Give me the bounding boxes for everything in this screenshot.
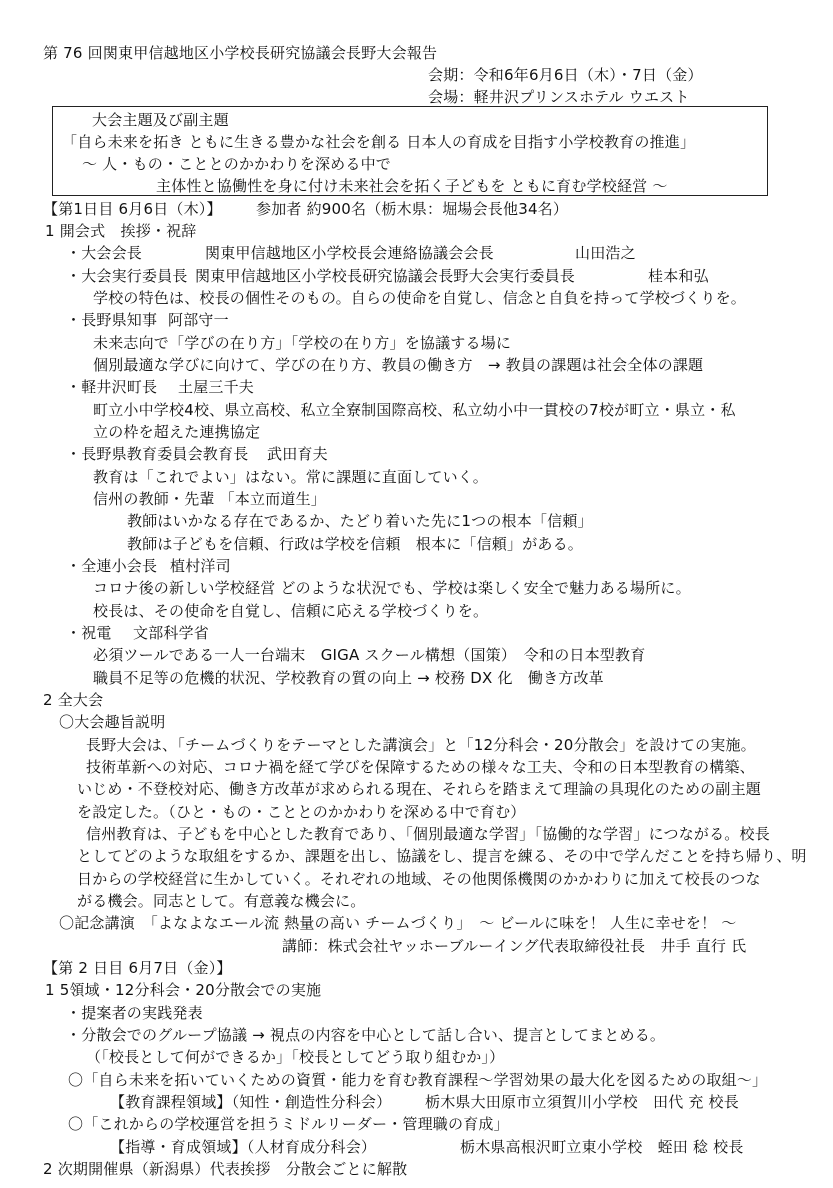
presenter: 栃木県大田原市立須賀川小学校 田代 充 校長 <box>425 1093 739 1111</box>
speaker-role: ・大会会長 <box>66 244 142 262</box>
speaker-name: 植村洋司 <box>170 557 231 575</box>
speaker-remark: 必須ツールである一人一台端末 GIGA スクール構想（国策） 令和の日本型教育 <box>93 646 645 664</box>
speaker-sub-remark: 教師はいかなる存在であるか、たどり着いた先に1つの根本「信頼」 <box>127 512 593 530</box>
speaker-remark: 職員不足等の危機的状況、学校教育の質の向上 → 校務 DX 化 働き方改革 <box>93 669 604 687</box>
speaker-name: 土屋三千夫 <box>178 378 254 396</box>
opening-ceremony-heading: 1 開会式 挨拶・祝辞 <box>45 222 197 240</box>
theme-heading: 大会主題及び副主題 <box>92 111 229 129</box>
day2-item: ・提案者の実践発表 <box>66 1004 203 1022</box>
speaker-role: ・軽井沢町長 <box>66 378 157 396</box>
purpose-line: 長野大会は、「チームづくりをテーマとした講演会」と「12分科会・20分散会」を設… <box>86 736 756 754</box>
speaker-org: 関東甲信越地区小学校長研究協議会長野大会実行委員長 <box>195 267 575 285</box>
purpose-line: がる機会。同志として。有意義な機会に。 <box>77 892 366 910</box>
day1-heading: 【第1日目 6月6日（木）】 <box>43 200 222 218</box>
speaker-name: 山田浩之 <box>575 244 636 262</box>
speaker-remark: 信州の教師・先輩 「本立而道生」 <box>93 490 326 508</box>
presenter: 栃木県高根沢町立東小学校 蛭田 稔 校長 <box>460 1138 744 1156</box>
presentation-domain: 【教育課程領域】（知性・創造性分科会） <box>110 1093 391 1111</box>
report-title: 第 76 回関東甲信越地区小学校長研究協議会長野大会報告 <box>43 44 437 62</box>
speaker-remark: コロナ後の新しい学校経営 どのような状況でも、学校は楽しく安全で魅力ある場所に。 <box>93 579 691 597</box>
purpose-line: 日からの学校経営に生かしていく。それぞれの地域、その他関係機関のかかわりに加えて… <box>77 870 761 888</box>
speaker-role: ・大会実行委員長 <box>66 267 188 285</box>
general-assembly-heading: 2 全大会 <box>43 691 103 709</box>
sub-theme-1: ～ 人・もの・こととのかかわりを深める中で <box>82 155 391 173</box>
speaker-remark: 校長は、その使命を自覚し、信頼に応える学校づくりを。 <box>93 602 488 620</box>
speaker-name: 桂本和弘 <box>648 267 709 285</box>
speaker-name: 阿部守一 <box>168 311 229 329</box>
sub-theme-2: 主体性と協働性を身に付け未来社会を拓く子どもを ともに育む学校経営 ～ <box>156 177 668 195</box>
speaker-role: ・祝電 <box>66 624 112 642</box>
closing-heading: 2 次期開催県（新潟県）代表挨拶 分散会ごとに解散 <box>43 1160 407 1178</box>
speaker-sub-remark: 教師は子どもを信頼、行政は学校を信頼 根本に「信頼」がある。 <box>127 535 583 553</box>
purpose-line: いじめ・不登校対応、働き方改革が求められる現在、それらを踏まえて理論の具現化のた… <box>77 780 761 798</box>
presentation-title: 〇「これからの学校運営を担うミドルリーダー・管理職の育成」 <box>68 1115 509 1133</box>
main-theme: 「自ら未来を拓き ともに生きる豊かな社会を創る 日本人の育成を目指す小学校教育の… <box>62 133 695 151</box>
speaker-org: 関東甲信越地区小学校長会連絡協議会会長 <box>205 244 494 262</box>
presentation-domain: 【指導・育成領域】（人材育成分科会） <box>110 1138 376 1156</box>
meeting-period: 会期：令和6年6月6日（木）・7日（金） <box>428 66 703 84</box>
day1-participants: 参加者 約900名（栃木県：堀場会長他34名） <box>256 200 568 218</box>
presentation-title: 〇「自ら未来を拓いていくための資質・能力を育む教育課程～学習効果の最大化を図るた… <box>68 1071 767 1089</box>
speaker-role: ・全連小会長 <box>66 557 157 575</box>
commemorative-lecture: 〇記念講演 「よなよなエール流 熱量の高い チームづくり」 ～ ビールに味を！ … <box>59 914 736 932</box>
lecturer: 講師：株式会社ヤッホーブルーイング代表取締役社長 井手 直行 氏 <box>282 937 746 955</box>
purpose-line: としてどのような取組をするか、課題を出し、協議をし、提言を練る、その中で学んだこ… <box>77 847 807 865</box>
speaker-role: ・長野県教育委員会教育長 <box>66 445 248 463</box>
speaker-name: 武田育夫 <box>267 445 328 463</box>
speaker-remark: 教育は「これでよい」はない。常に課題に直面していく。 <box>93 468 488 486</box>
day2-heading: 【第 2 日目 6月7日（金）】 <box>43 959 232 977</box>
purpose-line: 技術革新への対応、コロナ禍を経て学びを保障するための様々な工夫、令和の日本型教育… <box>86 758 755 776</box>
meeting-venue: 会場：軽井沢プリンスホテル ウエスト <box>428 88 690 106</box>
speaker-remark: 学校の特色は、校長の個性そのもの。自らの使命を自覚し、信念と自負を持って学校づく… <box>93 289 746 307</box>
speaker-remark: 個別最適な学びに向けて、学びの在り方、教員の働き方 → 教員の課題は社会全体の課… <box>93 356 703 374</box>
speaker-remark: 未来志向で「学びの在り方」「学校の在り方」を協議する場に <box>93 334 511 352</box>
speaker-remark: 立の枠を超えた連携協定 <box>93 423 260 441</box>
speaker-name: 文部科学省 <box>133 624 209 642</box>
subcommittee-heading: 1 5領域・12分科会・20分散会での実施 <box>45 981 321 999</box>
purpose-heading: 〇大会趣旨説明 <box>59 713 165 731</box>
purpose-line: を設定した。（ひと・もの・こととのかかわりを深める中で育む） <box>77 803 526 821</box>
speaker-role: ・長野県知事 <box>66 311 157 329</box>
purpose-line: 信州教育は、子どもを中心とした教育であり、「個別最適な学習」「協働的な学習」につ… <box>86 825 770 843</box>
day2-item: ・分散会でのグループ協議 → 視点の内容を中心として話し合い、提言としてまとめる… <box>66 1026 665 1044</box>
day2-note: （「校長として何ができるか」「校長としてどう取り組むか」） <box>86 1048 504 1066</box>
speaker-remark: 町立小中学校4校、県立高校、私立全寮制国際高校、私立幼小中一貫校の7校が町立・県… <box>93 401 736 419</box>
